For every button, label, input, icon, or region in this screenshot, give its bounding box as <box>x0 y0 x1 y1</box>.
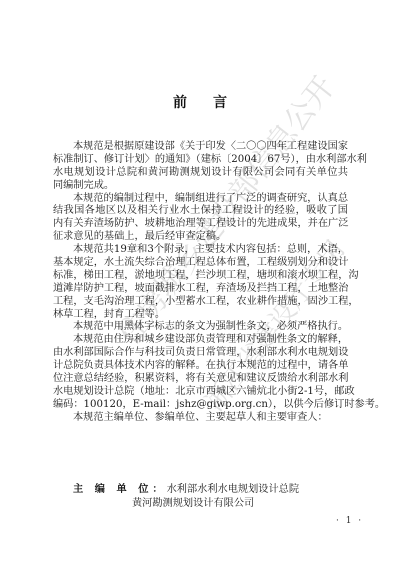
text-line: 标准制订、修订计划〉的通知》（建标〔2004〕67号），由水利部水利 <box>53 154 348 167</box>
text-line: 本规范中用黑体字标志的条文为强制性条文，必须严格执行。 <box>53 321 348 334</box>
preface-body: 本规范是根据原建设部《关于印发〈二〇〇四年工程建设国家 标准制订、修订计划〉的通… <box>53 141 348 425</box>
text-line: 标准，梯田工程，淤地坝工程，拦沙坝工程，塘坝和滚水坝工程，沟 <box>53 270 348 283</box>
text-line: 内有关弃渣场防护、坡耕地治理等工程设计的先进成果，并在广泛 <box>53 218 348 231</box>
text-line: 计总院负责具体技术内容的解释。在执行本规范的过程中，请各单 <box>53 360 348 373</box>
text-line: 道滩岸防护工程，坡面截排水工程，弃渣场及拦挡工程，土地整治 <box>53 283 348 296</box>
text-line: 本规范共19章和3个附录，主要技术内容包括：总则，术语， <box>53 244 348 257</box>
text-line: 工程，支毛沟治理工程，小型蓄水工程，农业耕作措施，固沙工程， <box>53 296 348 309</box>
chief-editor-row: 黄河勘测规划设计有限公司 <box>132 494 254 509</box>
page-title: 前言 <box>0 92 400 112</box>
chief-editor-row: 主 编 单 位：水利部水利水电规划设计总院 <box>73 480 299 495</box>
text-line: 结我国各地区以及相关行业水土保持工程设计的经验，吸收了国 <box>53 205 348 218</box>
text-line: 本规范主编单位、参编单位、主要起草人和主要审查人： <box>53 412 348 425</box>
text-line: 由水利部国际合作与科技司负责日常管理，水利部水利水电规划设 <box>53 347 348 360</box>
text-line: 同编制完成。 <box>53 180 348 193</box>
text-line: 征求意见的基础上，最后经审查定稿。 <box>53 231 348 244</box>
text-line: 水电规划设计总院和黄河勘测规划设计有限公司会同有关单位共 <box>53 167 348 180</box>
text-line: 本规范的编制过程中，编制组进行了广泛的调查研究，认真总 <box>53 193 348 206</box>
text-line: 水电规划设计总院（地址：北京市西城区六铺炕北小街2-1号，邮政 <box>53 386 348 399</box>
chief-editor-unit: 黄河勘测规划设计有限公司 <box>132 498 254 509</box>
text-line: 林草工程，封育工程等。 <box>53 309 348 322</box>
text-line: 本规范是根据原建设部《关于印发〈二〇〇四年工程建设国家 <box>53 141 348 154</box>
text-line: 位注意总结经验，积累资料，将有关意见和建议反馈给水利部水利 <box>53 373 348 386</box>
text-line: 基本规定，水土流失综合治理工程总体布置，工程级别划分和设计 <box>53 257 348 270</box>
page-number: · 1 · <box>336 516 363 526</box>
text-line: 编码：100120，E-mail：jshz@giwp.org.cn），以供今后修… <box>53 399 348 412</box>
text-line: 本规范由住房和城乡建设部负责管理和对强制性条文的解释， <box>53 334 348 347</box>
